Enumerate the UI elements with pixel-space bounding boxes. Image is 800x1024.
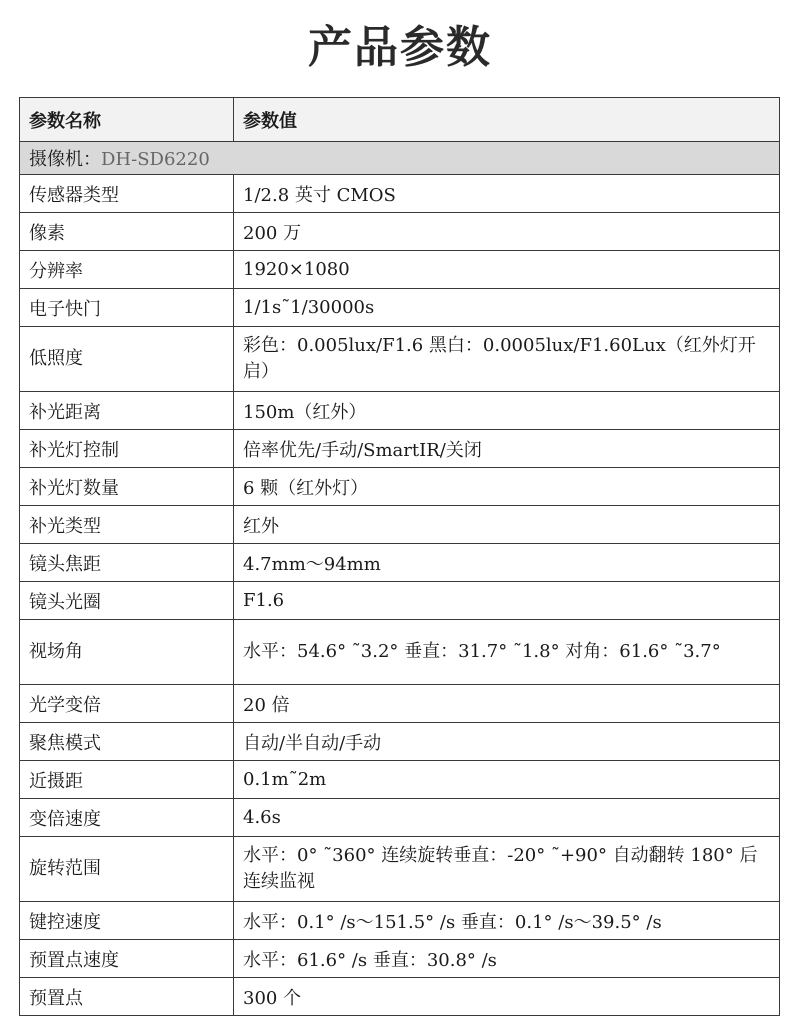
table-row: 镜头光圈F1.6 xyxy=(20,582,780,620)
param-name: 变倍速度 xyxy=(20,799,234,837)
param-value: 4.7mm～94mm xyxy=(234,544,780,582)
table-row: 补光灯控制倍率优先/手动/SmartIR/关闭 xyxy=(20,430,780,468)
table-row: 变倍速度4.6s xyxy=(20,799,780,837)
param-name: 聚焦模式 xyxy=(20,723,234,761)
param-name: 光学变倍 xyxy=(20,685,234,723)
param-value: 水平：61.6° /s 垂直：30.8° /s xyxy=(234,940,780,978)
param-name: 传感器类型 xyxy=(20,175,234,213)
param-name: 预置点速度 xyxy=(20,940,234,978)
param-value: 红外 xyxy=(234,506,780,544)
param-name: 旋转范围 xyxy=(20,837,234,902)
table-row: 分辨率1920×1080 xyxy=(20,251,780,289)
group-cell: 摄像机：DH-SD6220 xyxy=(20,142,780,175)
param-value: 20 倍 xyxy=(234,685,780,723)
param-name: 电子快门 xyxy=(20,289,234,327)
param-value: 150m（红外） xyxy=(234,392,780,430)
param-name: 像素 xyxy=(20,213,234,251)
table-row: 旋转范围水平：0° ˜360° 连续旋转垂直：-20° ˜+90° 自动翻转 1… xyxy=(20,837,780,902)
param-value: 1/2.8 英寸 CMOS xyxy=(234,175,780,213)
param-name: 键控速度 xyxy=(20,902,234,940)
table-row: 补光灯数量6 颗（红外灯） xyxy=(20,468,780,506)
param-value: 倍率优先/手动/SmartIR/关闭 xyxy=(234,430,780,468)
table-row: 镜头焦距4.7mm～94mm xyxy=(20,544,780,582)
table-row: 光学变倍20 倍 xyxy=(20,685,780,723)
param-name: 镜头光圈 xyxy=(20,582,234,620)
spec-table: 参数名称 参数值 摄像机：DH-SD6220 传感器类型1/2.8 英寸 CMO… xyxy=(19,97,780,1016)
param-name: 分辨率 xyxy=(20,251,234,289)
table-row: 近摄距0.1m˜2m xyxy=(20,761,780,799)
param-value: 水平：0° ˜360° 连续旋转垂直：-20° ˜+90° 自动翻转 180° … xyxy=(234,837,780,902)
column-header-value: 参数值 xyxy=(234,98,780,142)
param-name: 补光灯数量 xyxy=(20,468,234,506)
param-name: 补光灯控制 xyxy=(20,430,234,468)
param-value: 0.1m˜2m xyxy=(234,761,780,799)
param-value: 彩色：0.005lux/F1.6 黑白：0.0005lux/F1.60Lux（红… xyxy=(234,327,780,392)
table-row: 聚焦模式自动/半自动/手动 xyxy=(20,723,780,761)
table-row: 传感器类型1/2.8 英寸 CMOS xyxy=(20,175,780,213)
param-name: 低照度 xyxy=(20,327,234,392)
table-row: 像素200 万 xyxy=(20,213,780,251)
table-row: 补光距离150m（红外） xyxy=(20,392,780,430)
param-name: 补光距离 xyxy=(20,392,234,430)
param-value: 4.6s xyxy=(234,799,780,837)
page-title: 产品参数 xyxy=(0,18,800,78)
param-name: 补光类型 xyxy=(20,506,234,544)
table-row: 预置点速度水平：61.6° /s 垂直：30.8° /s xyxy=(20,940,780,978)
param-value: 自动/半自动/手动 xyxy=(234,723,780,761)
table-row: 键控速度水平：0.1° /s～151.5° /s 垂直：0.1° /s～39.5… xyxy=(20,902,780,940)
param-name: 镜头焦距 xyxy=(20,544,234,582)
table-row: 预置点300 个 xyxy=(20,978,780,1016)
param-value: 300 个 xyxy=(234,978,780,1016)
param-value: 水平：54.6° ˜3.2° 垂直：31.7° ˜1.8° 对角：61.6° ˜… xyxy=(234,620,780,685)
table-row: 低照度彩色：0.005lux/F1.6 黑白：0.0005lux/F1.60Lu… xyxy=(20,327,780,392)
param-value: 1/1s˜1/30000s xyxy=(234,289,780,327)
group-label: 摄像机： xyxy=(29,149,101,170)
table-row: 补光类型红外 xyxy=(20,506,780,544)
param-value: 1920×1080 xyxy=(234,251,780,289)
param-name: 近摄距 xyxy=(20,761,234,799)
table-row: 视场角水平：54.6° ˜3.2° 垂直：31.7° ˜1.8° 对角：61.6… xyxy=(20,620,780,685)
param-value: 200 万 xyxy=(234,213,780,251)
table-row: 电子快门1/1s˜1/30000s xyxy=(20,289,780,327)
camera-model: DH-SD6220 xyxy=(101,149,210,170)
param-value: 6 颗（红外灯） xyxy=(234,468,780,506)
table-header-row: 参数名称 参数值 xyxy=(20,98,780,142)
param-value: F1.6 xyxy=(234,582,780,620)
param-name: 预置点 xyxy=(20,978,234,1016)
param-name: 视场角 xyxy=(20,620,234,685)
param-value: 水平：0.1° /s～151.5° /s 垂直：0.1° /s～39.5° /s xyxy=(234,902,780,940)
column-header-name: 参数名称 xyxy=(20,98,234,142)
group-row-camera: 摄像机：DH-SD6220 xyxy=(20,142,780,175)
